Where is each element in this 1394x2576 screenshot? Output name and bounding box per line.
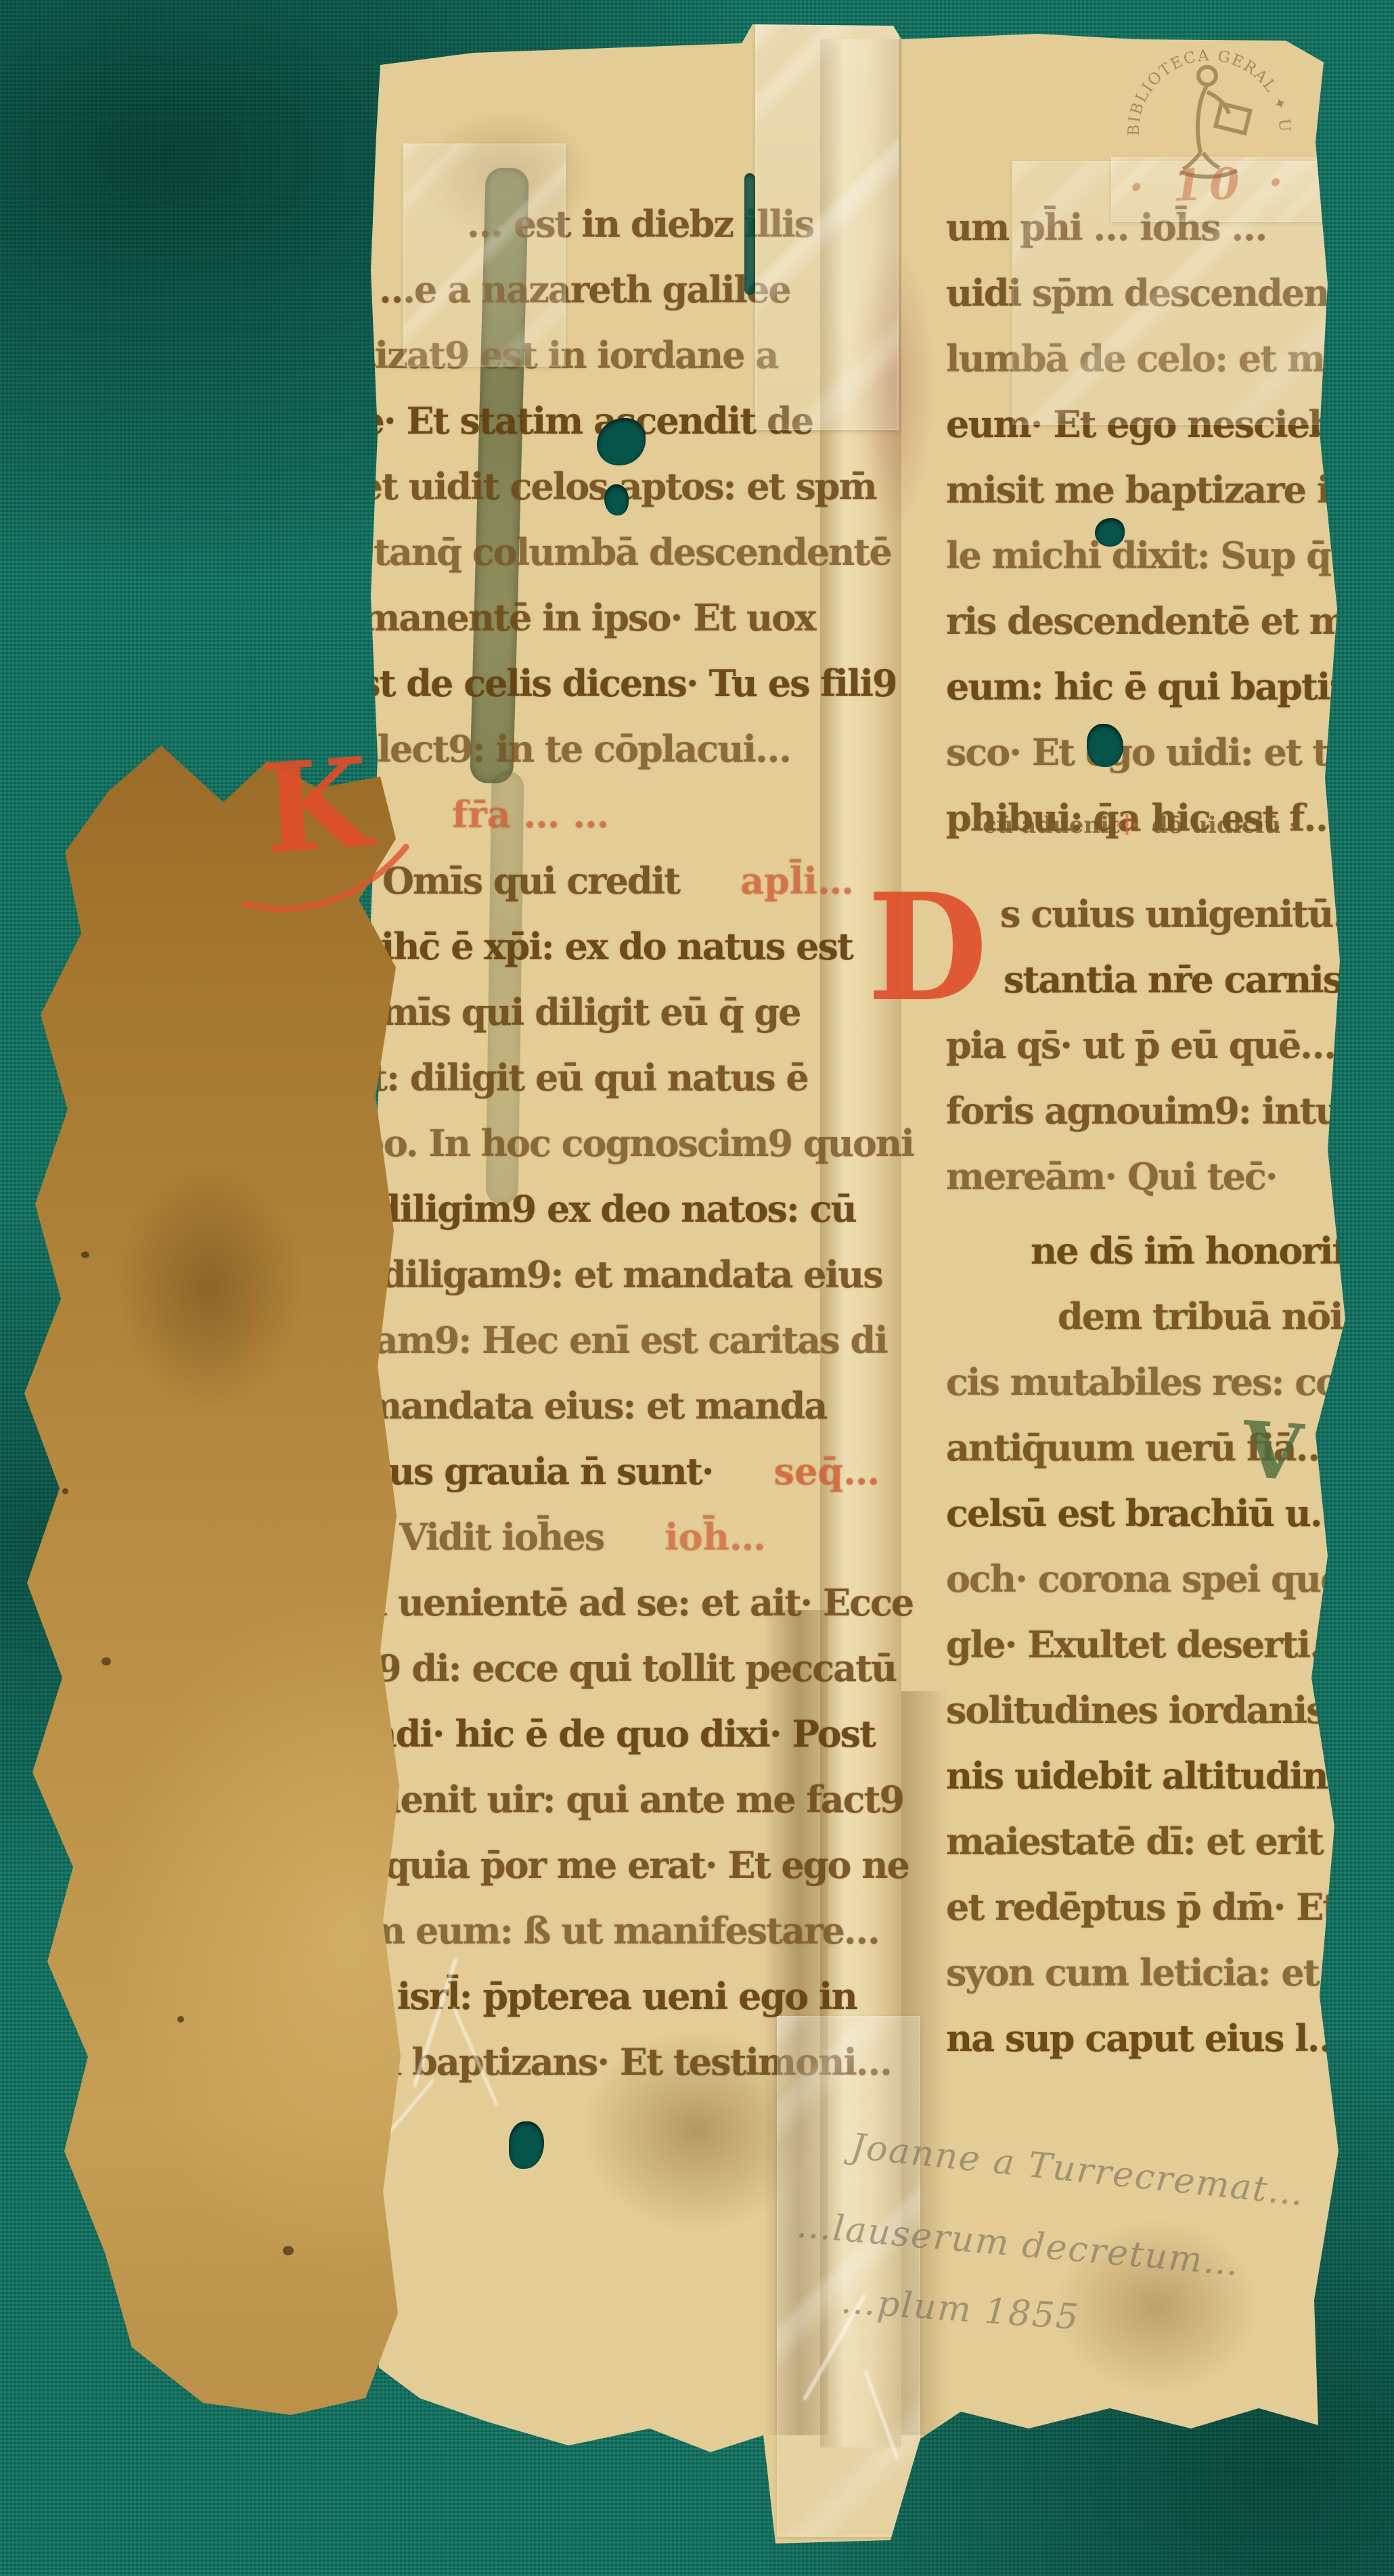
manuscript-text-line: maiestatē dī: et erit c…: [946, 1815, 1390, 1880]
line-text: et redēptus p̄ dm̄· Et…: [946, 1885, 1373, 1929]
parchment-hole: [509, 2121, 544, 2169]
parchment-hole: [1095, 518, 1125, 547]
line-text: s cuius unigenitū…: [1000, 892, 1368, 936]
manuscript-text-line: le michi dixit: Sup q̄…: [946, 529, 1366, 594]
manuscript-text-line: nuit: diligit eū qui natus ē: [308, 1051, 808, 1116]
red-rubric-fragment: seq̄…: [774, 1450, 880, 1493]
manuscript-text-line: och· corona spei que…: [946, 1552, 1377, 1617]
interlinear-gloss-right: dō uidiciū ·: [1152, 812, 1297, 839]
worm-hole: [81, 1251, 89, 1258]
line-text: a· et uidit celos aptos: et spm̄: [315, 465, 876, 508]
line-text: stantia nr̄e carnis: [1004, 958, 1342, 1001]
manuscript-text-line: et redēptus p̄ dm̄· Et…: [946, 1881, 1373, 1946]
interlinear-gloss-left: cū aduenit: [983, 812, 1120, 839]
line-text: ne ds̄ im̄ honorificā…: [1031, 1229, 1394, 1272]
line-text: a est de celis dicens· Tu es fili9: [305, 662, 897, 705]
worm-hole: [283, 2246, 294, 2255]
line-text: nis uidebit altitudinē…: [946, 1754, 1385, 1797]
worm-hole: [102, 1657, 111, 1665]
manuscript-text-line: pia qs̄· ut p̄ eū quē…: [946, 1019, 1335, 1084]
manuscript-text-line: stantia nr̄e carnis: [1004, 953, 1342, 1018]
line-text: agn9 di: ecce qui tollit peccatū: [305, 1647, 896, 1690]
line-text: misit me baptizare in…: [946, 468, 1390, 511]
parchment-hole: [1087, 724, 1123, 767]
line-text: sco· Et ego uidi: et testi…: [946, 731, 1394, 774]
parchment-hole: [604, 484, 629, 515]
tape-strip-bottom-center: [777, 2016, 920, 2537]
red-margin-line-faint: [252, 1279, 254, 1360]
line-text: dm̄ diligam9: et mandata eius: [308, 1253, 882, 1296]
line-text: ex eo. In hoc cognoscim9 quoni: [308, 1122, 914, 1165]
manuscript-text-line: misit me baptizare in…: [946, 463, 1390, 528]
line-text: celsū est brachiū u…: [946, 1492, 1345, 1535]
manuscript-text-line: est: quia p̄or me erat· Et ego ne: [305, 1839, 909, 1904]
manuscript-text-line: et manentē in ipso· Et uox: [313, 591, 815, 656]
line-text: Omīs qui credit: [382, 859, 679, 902]
manuscript-text-line: solitudines iordanis…: [946, 1684, 1361, 1749]
manuscript-text-line: mereām· Qui tec̄·te…: [946, 1150, 1394, 1215]
red-outline-initial-U: [0, 0, 73, 179]
faded-shelfmark: · 10 ·: [1128, 157, 1291, 213]
line-text: nuit: diligit eū qui natus ē: [308, 1056, 808, 1099]
red-rubric-fragment: te…: [1338, 1155, 1394, 1198]
manuscript-text-line: ut mandata eius: et manda: [311, 1379, 826, 1444]
line-text: …m eum: ß ut manifestare…: [332, 1909, 879, 1952]
line-text: …a isrl̄: p̄pterea ueni ego in: [328, 1975, 857, 2018]
line-text: ut mandata eius: et manda: [311, 1384, 826, 1427]
manuscript-text-line: dem tribuā nōi …: [1058, 1290, 1389, 1355]
manuscript-text-line: foris agnouim9: intus: [946, 1084, 1359, 1149]
line-text: syon cum leticia: et le…: [946, 1951, 1394, 1994]
photograph-of-manuscript-fragment: … est in diebz illis…e a nazareth galile…: [0, 0, 1394, 2576]
manuscript-text-line: ne ds̄ im̄ honorificā…: [1031, 1224, 1394, 1289]
worm-hole: [177, 2016, 184, 2023]
worm-hole: [62, 1488, 68, 1494]
line-text: ris descendentē et mā…: [946, 599, 1394, 643]
manuscript-text-line: ihm̄ uenientē ad se: et ait· Ecce: [311, 1576, 913, 1641]
line-text: s dilect9: in te cōplacui…: [310, 727, 790, 770]
manuscript-text-line: s dilect9: in te cōplacui…: [310, 722, 790, 787]
manuscript-text-line: faciam9: Hec enī est caritas di: [305, 1314, 887, 1379]
tape-piece-top-left: [403, 143, 566, 367]
tape-strip-top-center: [755, 24, 899, 430]
red-rubric-fragment: ioh̄…: [665, 1515, 766, 1559]
line-text: dem tribuā nōi …: [1058, 1295, 1389, 1338]
manuscript-text-line: cis mutabiles res: con…: [946, 1356, 1394, 1421]
green-margin-letter-V: V: [1239, 1404, 1305, 1498]
line-text: pia qs̄· ut p̄ eū quē…: [946, 1024, 1335, 1067]
manuscript-text-line: Omīs qui creditapl̄i…: [382, 854, 854, 919]
svg-text:BIBLIOTECA GERAL ✦ UNIVERSIDAD: BIBLIOTECA GERAL ✦ UNIVERSIDADE: [1118, 27, 1293, 136]
line-text: mereām· Qui tec̄·: [946, 1155, 1277, 1198]
line-text: maiestatē dī: et erit c…: [946, 1820, 1390, 1863]
manuscript-text-line: eum: hic ē qui baptiz̄…: [946, 660, 1384, 725]
manuscript-text-line: dm̄ diligam9: et mandata eius: [308, 1248, 882, 1313]
manuscript-text-line: nne· Et statim ascendit de: [311, 394, 813, 459]
tear-slit: [744, 173, 755, 295]
line-text: nne· Et statim ascendit de: [311, 399, 813, 442]
manuscript-text-line: agn9 di: ecce qui tollit peccatū: [305, 1642, 896, 1707]
manuscript-text-line: ris descendentē et mā…: [946, 595, 1394, 660]
manuscript-text-line: ex eo. In hoc cognoscim9 quoni: [308, 1117, 914, 1182]
red-initial-D: D: [868, 874, 988, 1021]
manuscript-text-line: …m eum: ß ut manifestare…: [332, 1904, 879, 1969]
red-initial-K-swash: [237, 839, 413, 940]
line-text: cis mutabiles res: con…: [946, 1360, 1394, 1404]
red-rubric-fragment: fr̄a … …: [452, 793, 609, 836]
line-text: na sup caput eius l…: [946, 2017, 1343, 2060]
manuscript-text-line: sco· Et ego uidi: et testi…: [946, 726, 1394, 791]
line-text: och· corona spei que…: [946, 1557, 1377, 1601]
line-text: est: quia p̄or me erat· Et ego ne: [305, 1843, 909, 1887]
manuscript-text-line: gle· Exultet deserti…: [946, 1618, 1345, 1683]
manuscript-text-line: a· et uidit celos aptos: et spm̄: [315, 460, 876, 525]
manuscript-text-line: na sup caput eius l…: [946, 2012, 1343, 2077]
line-text: et manentē in ipso· Et uox: [313, 596, 815, 639]
line-text: foris agnouim9: intus: [946, 1089, 1359, 1132]
line-text: gle· Exultet deserti…: [946, 1623, 1345, 1666]
manuscript-text-line: nis uidebit altitudinē…: [946, 1749, 1385, 1814]
manuscript-text-line: s cuius unigenitū…: [1000, 888, 1368, 952]
manuscript-text-line: a est de celis dicens· Tu es fili9: [305, 657, 897, 722]
line-text: m tanq̄ columbā descendentē: [325, 530, 891, 574]
line-text: solitudines iordanis…: [946, 1688, 1361, 1732]
stamp-ring-text: BIBLIOTECA GERAL ✦ UNIVERSIDADE: [1118, 27, 1293, 136]
red-rubric-fragment: apl̄i…: [740, 859, 854, 902]
line-text: eum: hic ē qui baptiz̄…: [946, 665, 1384, 708]
line-text: le michi dixit: Sup q̄…: [946, 534, 1366, 577]
manuscript-text-line: m tanq̄ columbā descendentē: [325, 526, 891, 591]
line-text: ihm̄ uenientē ad se: et ait· Ecce: [311, 1581, 913, 1624]
manuscript-text-line: syon cum leticia: et le…: [946, 1946, 1394, 2011]
line-text: faciam9: Hec enī est caritas di: [305, 1318, 887, 1362]
interlinear-gloss-mark: ·∣·: [1115, 812, 1139, 839]
